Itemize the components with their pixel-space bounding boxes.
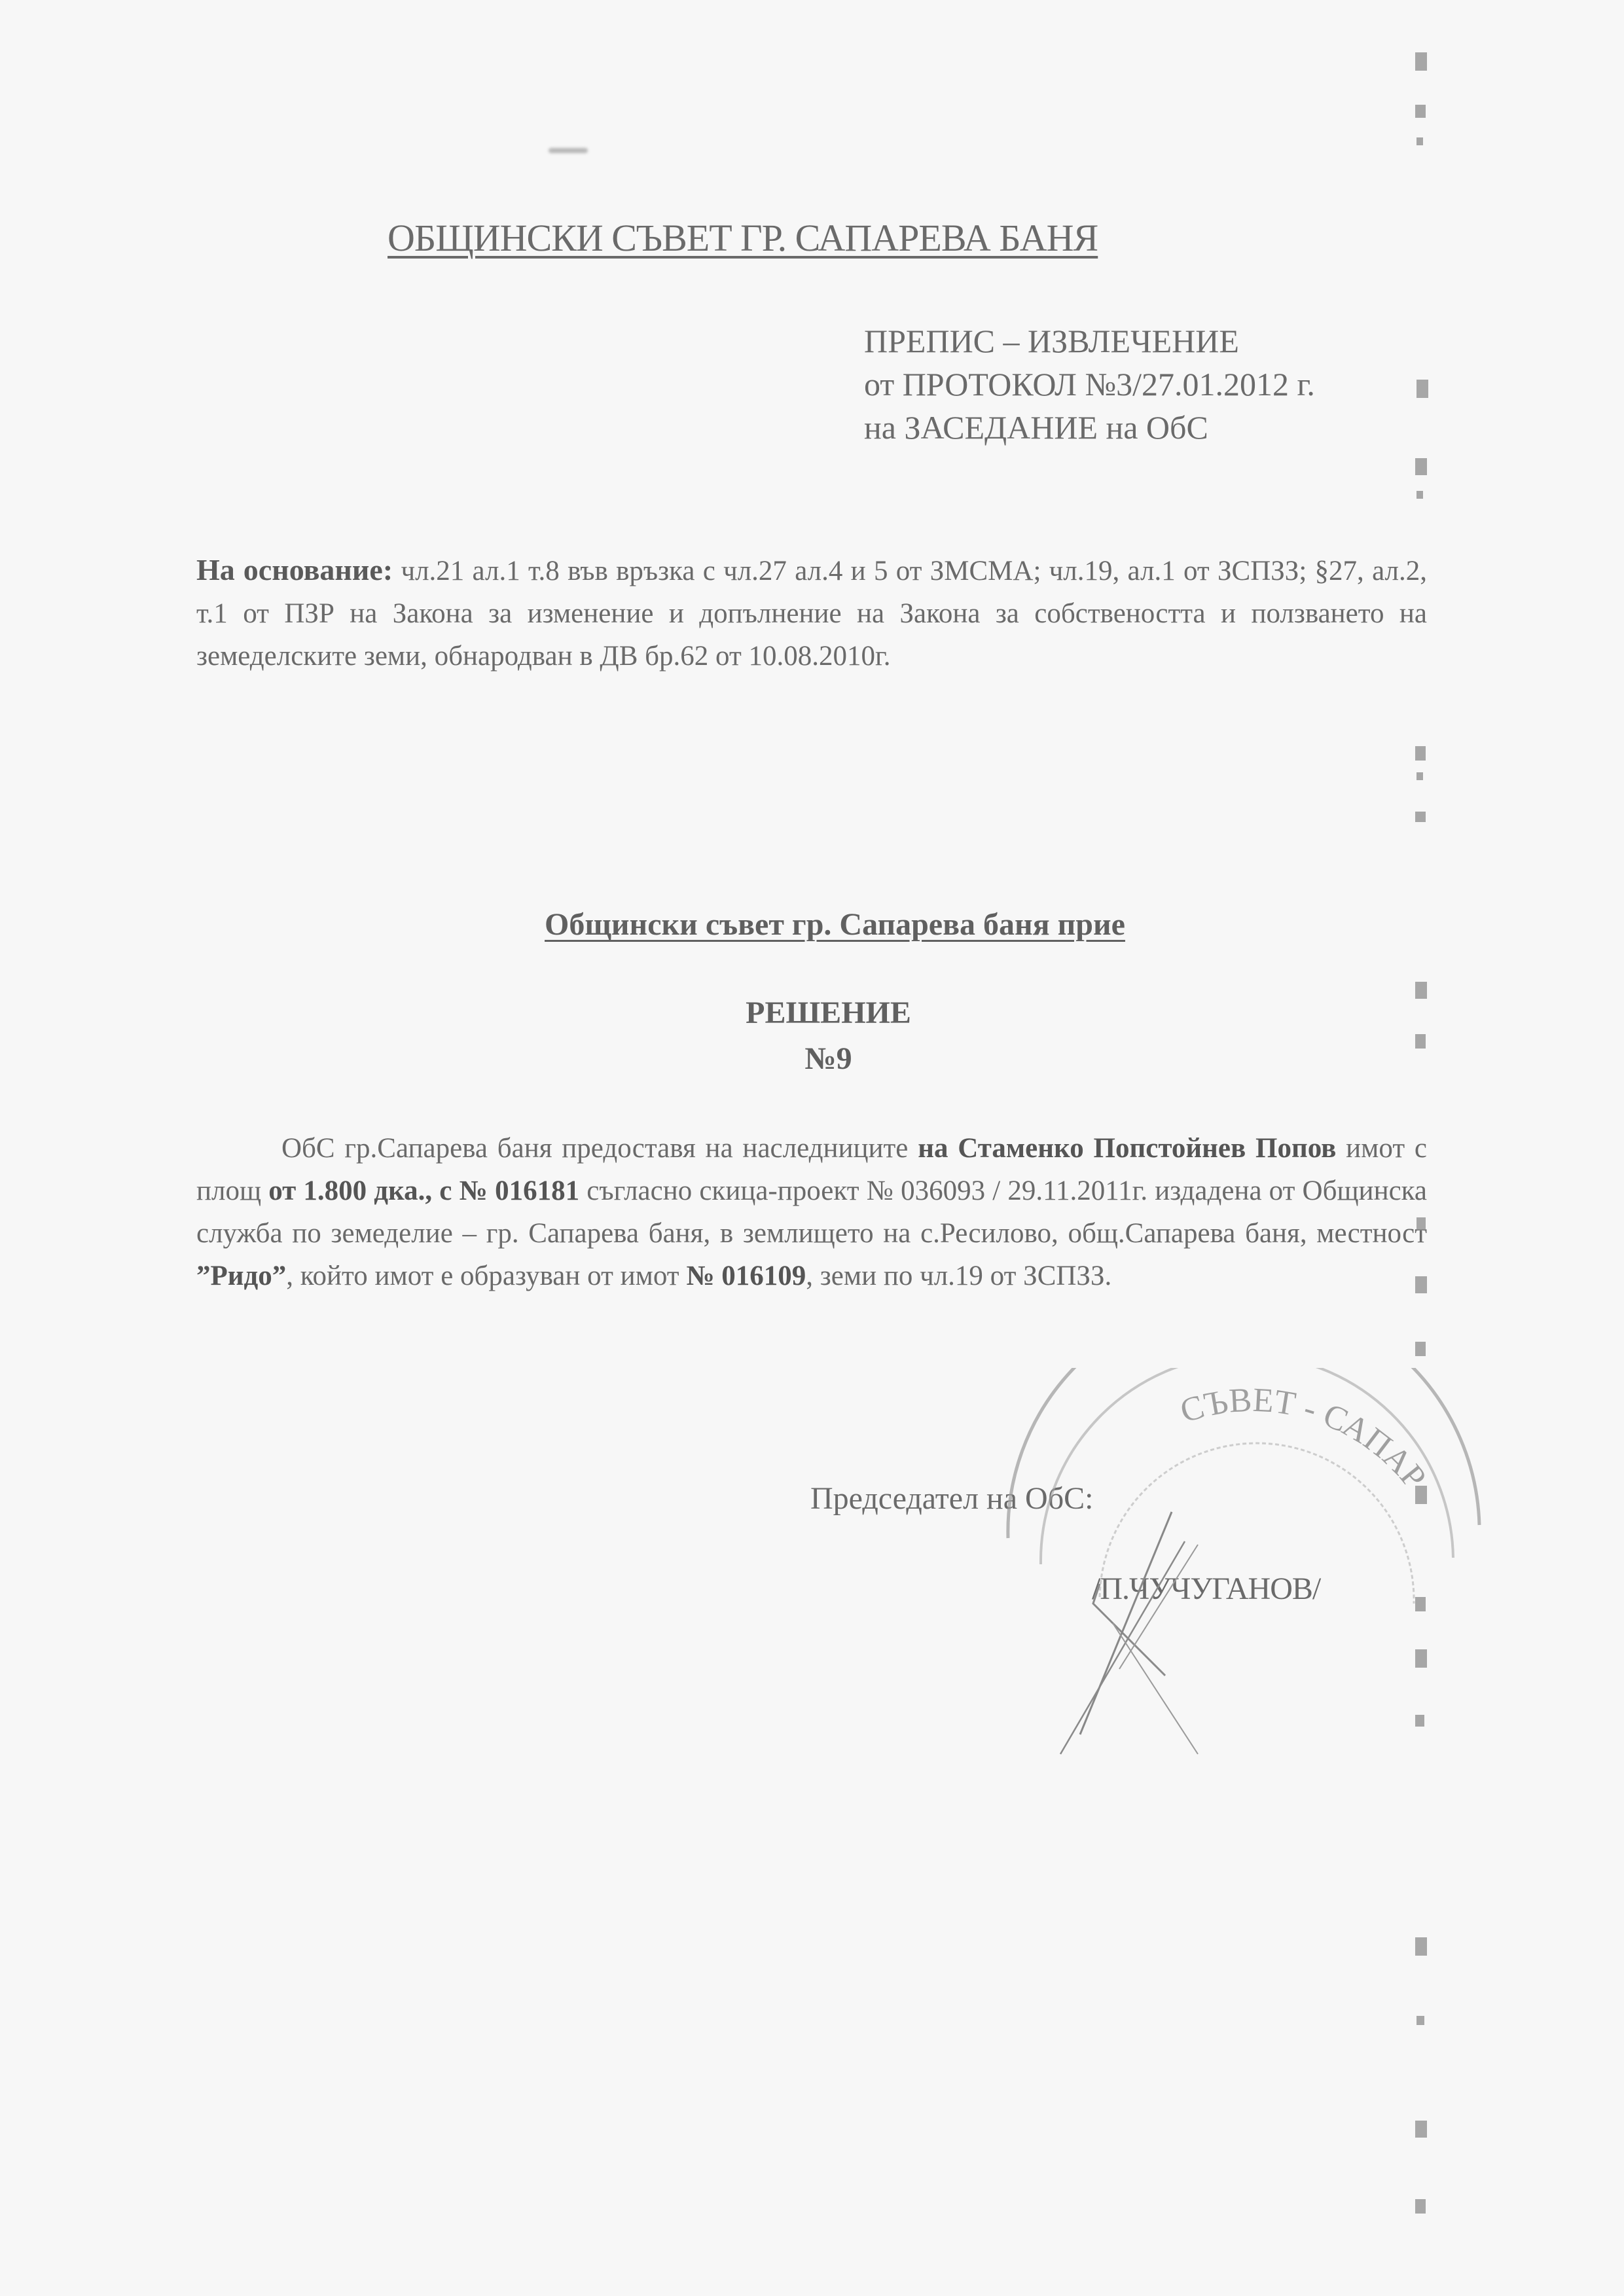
decision-text-part: ОбС гр.Сапарева баня предоставя на насле…	[281, 1133, 918, 1164]
council-title: ОБЩИНСКИ СЪВЕТ ГР. САПАРЕВА БАНЯ	[388, 216, 1098, 260]
official-stamp-icon: СЪВЕТ - САПАР	[982, 1368, 1545, 1761]
locality-name: ”Ридо”	[196, 1261, 286, 1291]
svg-text:СЪВЕТ - САПАР: СЪВЕТ - САПАР	[1176, 1382, 1434, 1496]
scan-smudge	[549, 148, 588, 153]
extract-line-3: на ЗАСЕДАНИЕ на ОбС	[864, 406, 1315, 449]
adoption-line: Общински съвет гр. Сапарева баня прие	[0, 906, 1624, 942]
protocol-extract-block: ПРЕПИС – ИЗВЛЕЧЕНИЕ от ПРОТОКОЛ №3/27.01…	[864, 319, 1315, 449]
punch-hole-marks-icon	[1401, 39, 1440, 2291]
decision-paragraph: ОбС гр.Сапарева баня предоставя на насле…	[196, 1127, 1427, 1297]
parcel-area: от 1.800 дка., с № 016181	[268, 1175, 579, 1206]
extract-line-1: ПРЕПИС – ИЗВЛЕЧЕНИЕ	[864, 319, 1315, 363]
decision-text-part: , земи по чл.19 от ЗСПЗЗ.	[806, 1261, 1111, 1291]
source-parcel: № 016109	[686, 1261, 806, 1291]
legal-basis-paragraph: На основание: чл.21 ал.1 т.8 във връзка …	[196, 548, 1427, 677]
decision-text-part: , който имот е образуван от имот	[286, 1261, 686, 1291]
extract-line-2: от ПРОТОКОЛ №3/27.01.2012 г.	[864, 363, 1315, 406]
heirs-name: на Стаменко Попстойнев Попов	[918, 1133, 1336, 1164]
document-page: ОБЩИНСКИ СЪВЕТ ГР. САПАРЕВА БАНЯ ПРЕПИС …	[0, 0, 1624, 2296]
legal-basis-label: На основание:	[196, 553, 393, 586]
decision-heading: РЕШЕНИЕ	[0, 995, 1624, 1031]
decision-number: №9	[0, 1041, 1624, 1077]
